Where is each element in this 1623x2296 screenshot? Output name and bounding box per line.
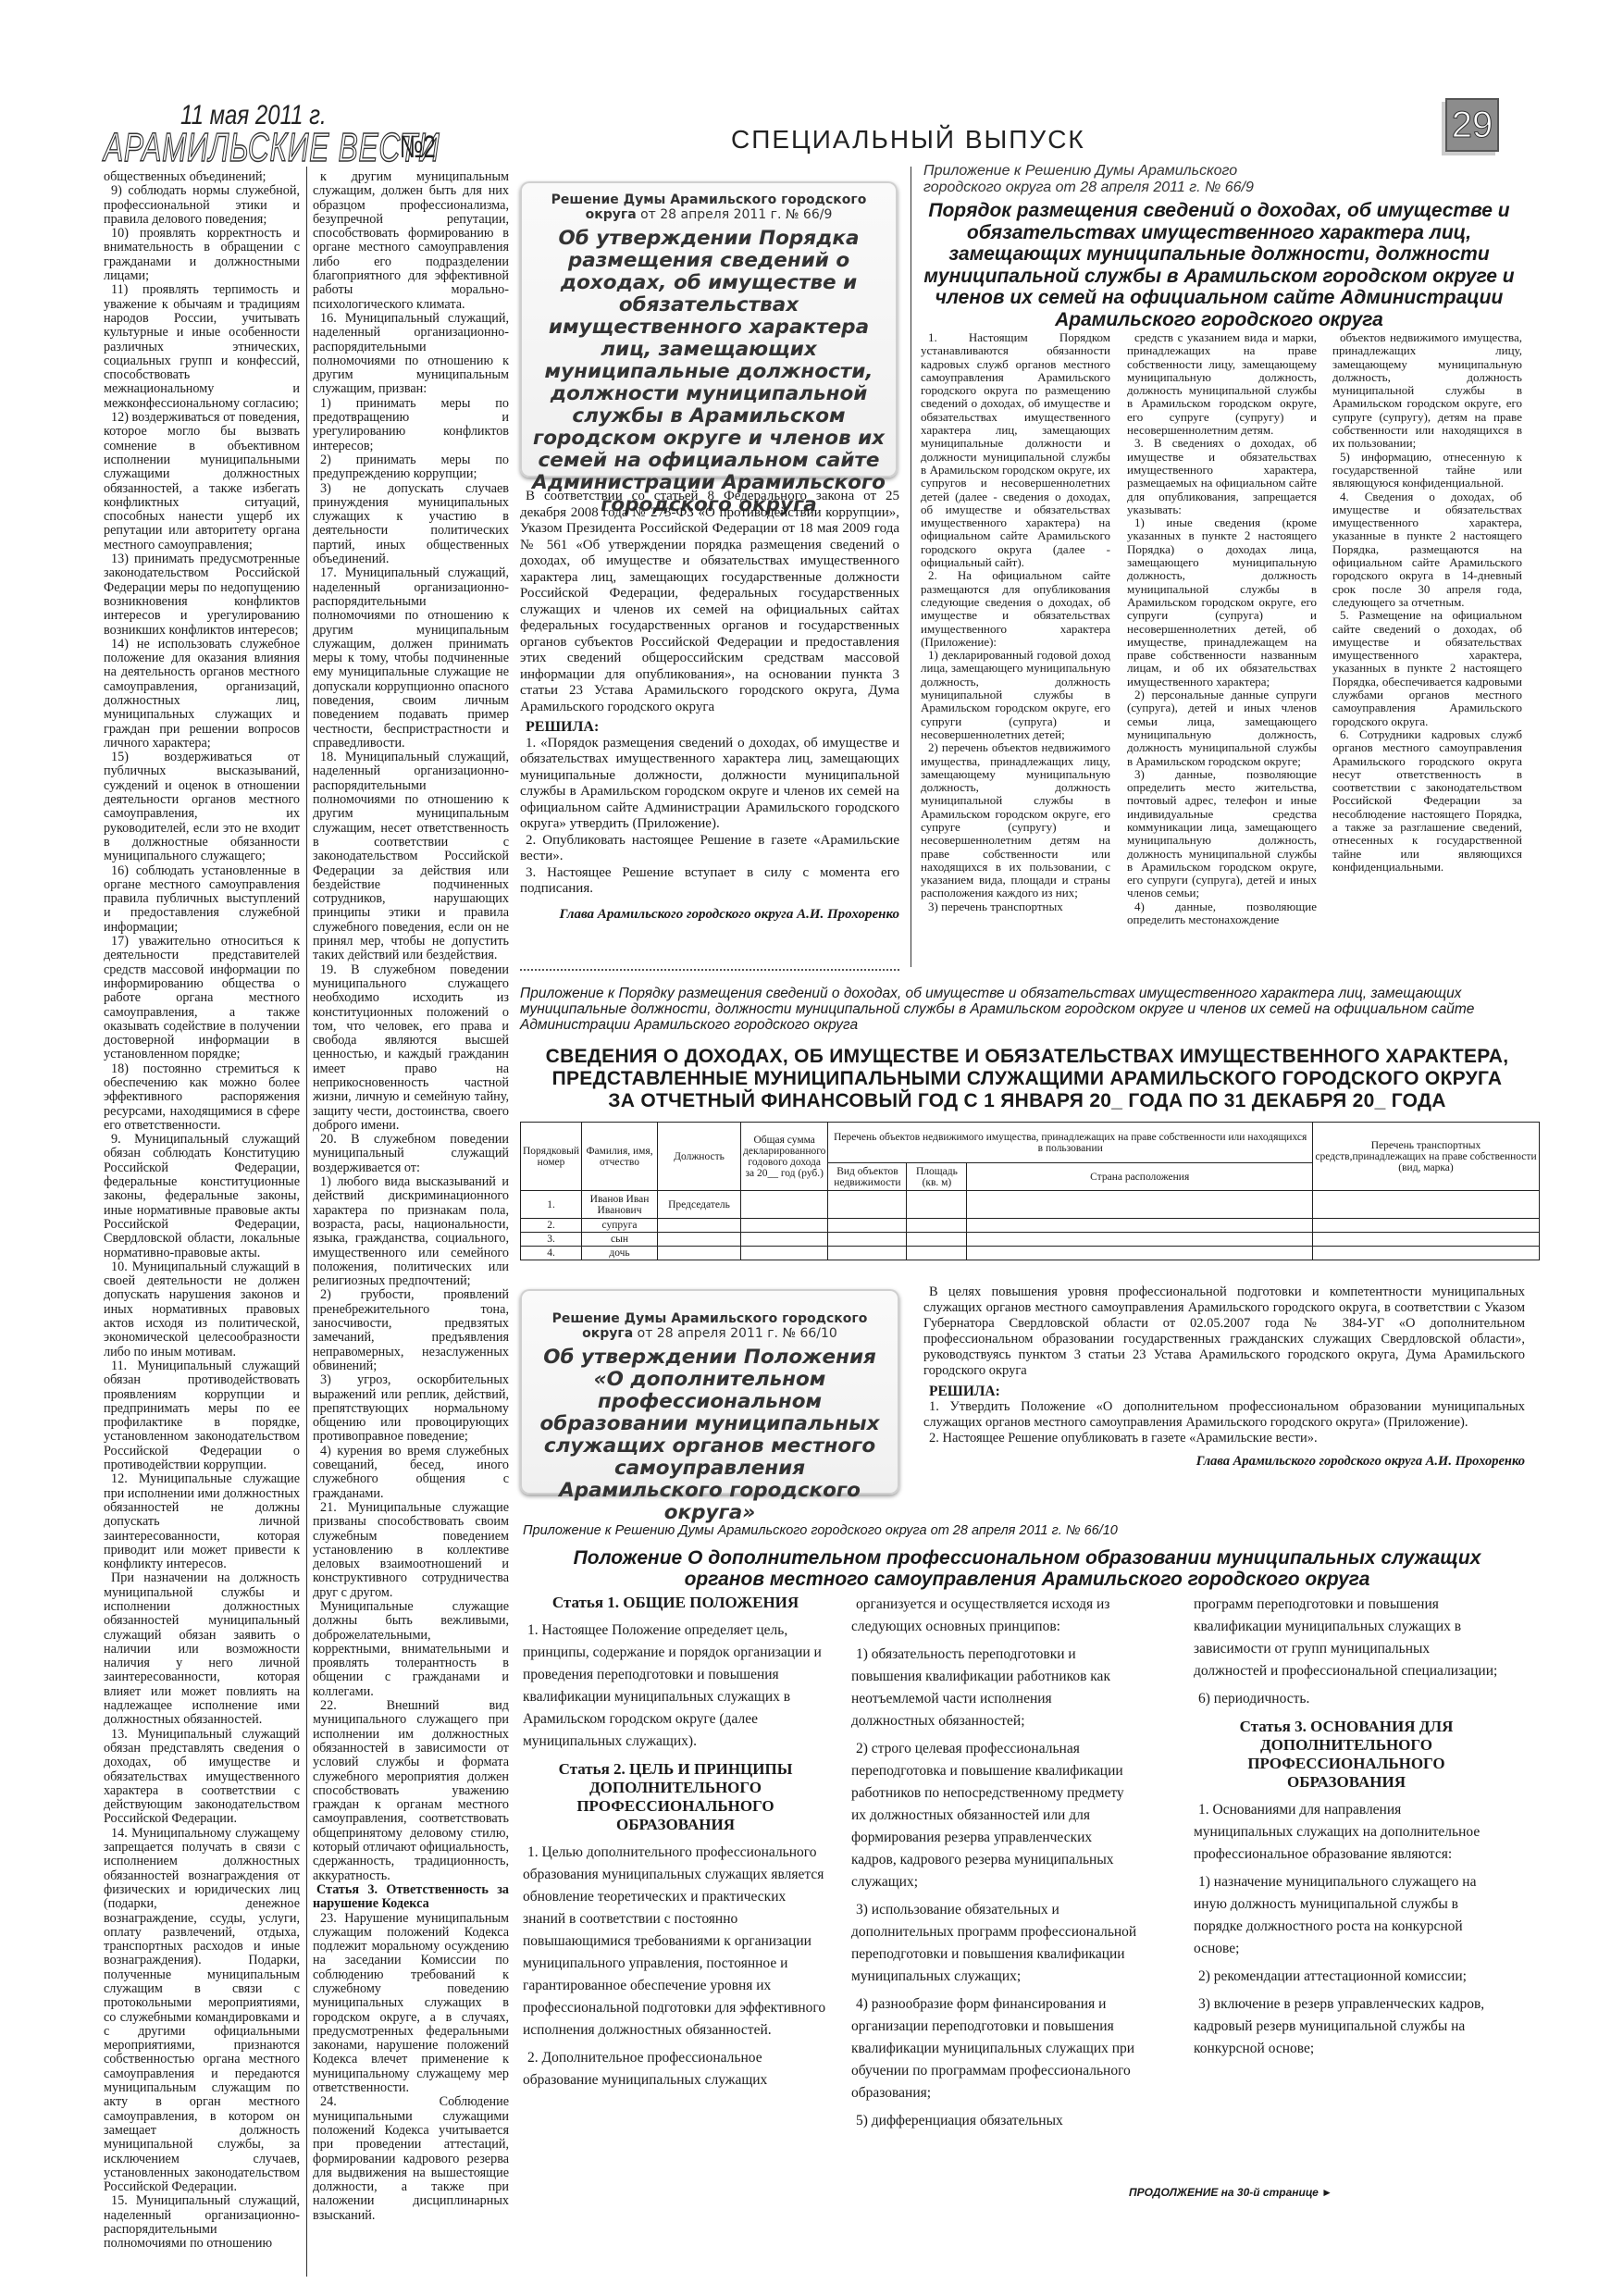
- paragraph: 2) принимать меры по предупреждению корр…: [313, 453, 509, 482]
- paragraph: 1) обязательность переподготовки и повыш…: [851, 1644, 1138, 1732]
- paragraph: 9. Муниципальный служащий обязан соблюда…: [104, 1133, 300, 1260]
- decision-item: 2. Опубликовать настоящее Решение в газе…: [520, 833, 899, 865]
- decision-title: Об утверждении Положения «О дополнительн…: [529, 1347, 890, 1524]
- order-column-2: средств с указанием вида и марки, принад…: [1127, 331, 1317, 926]
- resolved-label: РЕШИЛА:: [520, 719, 899, 736]
- paragraph: 24. Соблюдение муниципальными служащими …: [313, 2095, 509, 2223]
- continued-note: ПРОДОЛЖЕНИЕ на 30-й странице ►: [1129, 2186, 1332, 2199]
- paragraph: 4) курения во время служебных совещаний,…: [313, 1445, 509, 1501]
- article-paragraph: программ переподготовки и повышения квал…: [1194, 1594, 1499, 1682]
- paragraph: 9) соблюдать нормы служебной, профессион…: [104, 184, 300, 227]
- col-header-property: Перечень объектов недвижимого имущества,…: [828, 1123, 1313, 1163]
- col-header-name: Фамилия, имя, отчество: [582, 1123, 658, 1191]
- article-paragraph: 6) периодичность.: [1194, 1688, 1499, 1710]
- paragraph: 2) грубости, проявлений пренебрежительно…: [313, 1288, 509, 1373]
- decision-preamble: В соответствии со статьей 8 Федерального…: [520, 489, 899, 715]
- col-header-num: Порядковый номер: [521, 1123, 582, 1191]
- paragraph: 2) строго целевая профессиональная переп…: [851, 1738, 1138, 1893]
- paragraph: 2) перечень объектов недвижимого имущест…: [921, 741, 1110, 900]
- order-title: Порядок размещения сведений о доходах, о…: [916, 200, 1522, 330]
- paragraph: 3) использование обязательных и дополнит…: [851, 1899, 1138, 1988]
- paragraph: 5) информацию, отнесенную к государствен…: [1332, 451, 1522, 490]
- paragraph: 14. Муниципальному служащему запрещается…: [104, 1827, 300, 2195]
- paragraph: 3) угроз, оскорбительных выражений или р…: [313, 1373, 509, 1444]
- resolved-label: РЕШИЛА:: [923, 1384, 1525, 1399]
- paragraph: 5. Размещение на официальном сайте сведе…: [1332, 609, 1522, 728]
- paragraph: 3. В сведениях о доходах, об имуществе и…: [1127, 437, 1317, 516]
- section-separator: [520, 969, 899, 971]
- paragraph: 11. Муниципальный служащий обязан против…: [104, 1359, 300, 1472]
- paragraph: 4) разнообразие форм финансирования и ор…: [851, 1993, 1138, 2104]
- paragraph: 1) принимать меры по предотвращению и ур…: [313, 397, 509, 453]
- paragraph: 3) включение в резерв управленческих кад…: [1194, 1993, 1499, 2060]
- col-header-prop-country: Страна расположения: [967, 1163, 1313, 1191]
- cell-num: 3.: [521, 1233, 582, 1247]
- paragraph: 13. Муниципальный служащий обязан предст…: [104, 1728, 300, 1827]
- signature: Глава Арамильского городского округа А.И…: [520, 907, 899, 924]
- paragraph: организуется и осуществляется исходя из …: [851, 1594, 1138, 1638]
- cell-name: дочь: [582, 1247, 658, 1260]
- column-divider: [306, 167, 307, 2277]
- paragraph: к другим муниципальным служащим, должен …: [313, 170, 509, 312]
- decision-66-9-header-box: Решение Думы Арамильского городского окр…: [520, 181, 898, 478]
- paragraph: 2) персональные данные супруги (супруга)…: [1127, 689, 1317, 768]
- table-row: 3.сын: [521, 1233, 1540, 1247]
- cell-num: 4.: [521, 1247, 582, 1260]
- paragraph: 13) принимать предусмотренные законодате…: [104, 552, 300, 638]
- article-paragraph: 2. Дополнительное профессиональное образ…: [523, 2047, 828, 2091]
- order-column-1: 1. Настоящим Порядком устанавливаются об…: [921, 331, 1110, 913]
- paragraph: 10) проявлять корректность и внимательно…: [104, 227, 300, 283]
- decision-66-10-body: В целях повышения уровня профессионально…: [923, 1285, 1525, 1470]
- cell-name: Иванов Иван Иванович: [582, 1191, 658, 1219]
- paragraph: 2. На официальном сайте размещаются для …: [921, 569, 1110, 649]
- decision-item: 1. «Порядок размещения сведений о дохода…: [520, 736, 899, 833]
- paragraph: 18) постоянно стремиться к обеспечению к…: [104, 1062, 300, 1133]
- section-title: СПЕЦИАЛЬНЫЙ ВЫПУСК: [731, 125, 1085, 155]
- paragraph: 11) проявлять терпимость и уважение к об…: [104, 283, 300, 411]
- decision-66-10-header-box: Решение Думы Арамильского городского окр…: [520, 1289, 899, 1495]
- paragraph: 16. Муниципальный служащий, наделенный о…: [313, 312, 509, 397]
- col-header-prop-area: Площадь (кв. м): [907, 1163, 967, 1191]
- paragraph: 15. Муниципальный служащий, наделенный о…: [104, 2194, 300, 2251]
- paragraph: 1. Настоящим Порядком устанавливаются об…: [921, 331, 1110, 569]
- col-header-income: Общая сумма декларированного годового до…: [741, 1123, 828, 1191]
- table-row: 1. Иванов Иван Иванович Председатель: [521, 1191, 1540, 1219]
- declaration-table-wrap: Порядковый номер Фамилия, имя, отчество …: [520, 1122, 1540, 1260]
- decision-date: от 28 апреля 2011 г. № 66/9: [637, 207, 833, 222]
- paragraph: 4) данные, позволяющие определить местон…: [1127, 900, 1317, 927]
- article3-heading: Статья 3. ОСНОВАНИЯ ДЛЯ ДОПОЛНИТЕЛЬНОГО …: [1194, 1718, 1499, 1792]
- paragraph: 3) данные, позволяющие определить место …: [1127, 768, 1317, 900]
- cell-num: 2.: [521, 1219, 582, 1233]
- paragraph: 21. Муниципальные служащие призваны спос…: [313, 1501, 509, 1600]
- paragraph: 17. Муниципальный служащий, наделенный о…: [313, 566, 509, 751]
- table-row: 4.дочь: [521, 1247, 1540, 1260]
- paragraph: 12. Муниципальные служащие при исполнени…: [104, 1472, 300, 1571]
- paragraph: 3) не допускать случаев принуждения муни…: [313, 482, 509, 567]
- paragraph: 17) уважительно относиться к деятельност…: [104, 935, 300, 1062]
- paragraph: 16) соблюдать установленные в органе мес…: [104, 864, 300, 935]
- order-column-3: объектов недвижимого имущества, принадле…: [1332, 331, 1522, 874]
- paragraph: общественных объединений;: [104, 170, 300, 184]
- decision-item: 3. Настоящее Решение вступает в силу с м…: [520, 865, 899, 898]
- paragraph: 1) декларированный годовой доход лица, з…: [921, 649, 1110, 741]
- paragraph: 10. Муниципальный служащий в своей деяте…: [104, 1260, 300, 1359]
- cell-position: Председатель: [658, 1191, 741, 1219]
- declaration-appendix-note: Приложение к Порядку размещения сведений…: [520, 986, 1529, 1033]
- col-header-prop-type: Вид объектов недвижимости: [828, 1163, 907, 1191]
- paragraph: 1) назначение муниципального служащего н…: [1194, 1871, 1499, 1960]
- article1-heading: Статья 1. ОБЩИЕ ПОЛОЖЕНИЯ: [523, 1594, 828, 1612]
- paragraph: объектов недвижимого имущества, принадле…: [1332, 331, 1522, 451]
- decision-66-9-body: В соответствии со статьей 8 Федерального…: [520, 489, 899, 923]
- paragraph: 18. Муниципальный служащий, наделенный о…: [313, 751, 509, 962]
- order-divider: [911, 167, 911, 967]
- col-header-position: Должность: [658, 1123, 741, 1191]
- paragraph: 1) иные сведения (кроме указанных в пунк…: [1127, 516, 1317, 689]
- decision-date: от 28 апреля 2011 г. № 66/10: [633, 1326, 837, 1341]
- left-column-2: к другим муниципальным служащим, должен …: [313, 170, 509, 2280]
- paragraph: 23. Нарушение муниципальным служащим пол…: [313, 1912, 509, 2096]
- paragraph: Муниципальные служащие должны быть вежли…: [313, 1600, 509, 1699]
- regulation-title: Положение О дополнительном профессиональ…: [555, 1547, 1499, 1590]
- paragraph: средств с указанием вида и марки, принад…: [1127, 331, 1317, 437]
- paragraph: 15) воздерживаться от публичных высказыв…: [104, 751, 300, 863]
- cell-num: 1.: [521, 1191, 582, 1219]
- paragraph: 19. В служебном поведении муниципального…: [313, 963, 509, 1134]
- page-number-badge: 29: [1445, 98, 1499, 152]
- article-paragraph: 1. Настоящее Положение определяет цель, …: [523, 1620, 828, 1753]
- paragraph: 1) любого вида высказываний и действий д…: [313, 1175, 509, 1288]
- paragraph: 4. Сведения о доходах, об имуществе и об…: [1332, 490, 1522, 610]
- paragraph: При назначении на должность муниципально…: [104, 1571, 300, 1727]
- regulation-column-3: программ переподготовки и повышения квал…: [1194, 1594, 1499, 2066]
- col-header-vehicles: Перечень транспортных средств,принадлежа…: [1313, 1123, 1540, 1191]
- paragraph: 14) не использовать служебное положение …: [104, 638, 300, 751]
- decision-title: Об утверждении Порядка размещения сведен…: [529, 228, 888, 516]
- cell-name: сын: [582, 1233, 658, 1247]
- paragraph: 3) перечень транспортных: [921, 900, 1110, 913]
- paragraph: 20. В служебном поведении муниципальный …: [313, 1133, 509, 1175]
- decision-item: 2. Настоящее Решение опубликовать в газе…: [923, 1431, 1525, 1446]
- paragraph: 12) воздерживаться от поведения, которое…: [104, 411, 300, 552]
- signature: Глава Арамильского городского округа А.И…: [923, 1454, 1525, 1470]
- issue-number: №2: [400, 130, 436, 166]
- regulation-column-2: организуется и осуществляется исходя из …: [851, 1594, 1138, 2138]
- declaration-table: Порядковый номер Фамилия, имя, отчество …: [520, 1122, 1540, 1260]
- regulation-appendix-note: Приложение к Решению Думы Арамильского г…: [523, 1523, 1522, 1538]
- article3-heading: Статья 3. Ответственность за нарушение К…: [313, 1883, 509, 1912]
- declaration-title: СВЕДЕНИЯ О ДОХОДАХ, ОБ ИМУЩЕСТВЕ И ОБЯЗА…: [537, 1046, 1518, 1112]
- cell-name: супруга: [582, 1219, 658, 1233]
- decision-preamble: В целях повышения уровня профессионально…: [923, 1285, 1525, 1379]
- regulation-column-1: Статья 1. ОБЩИЕ ПОЛОЖЕНИЯ 1. Настоящее П…: [523, 1594, 828, 2097]
- left-column-1: общественных объединений;9) соблюдать но…: [104, 170, 300, 2280]
- newspaper-title: АРАМИЛЬСКИЕ ВЕСТИ: [104, 125, 440, 171]
- order-appendix-note: Приложение к Решению Думы Арамильского г…: [923, 163, 1312, 196]
- paragraph: 1. Основаниями для направления муниципал…: [1194, 1799, 1499, 1866]
- decision-item: 1. Утвердить Положение «О дополнительном…: [923, 1399, 1525, 1431]
- paragraph: 2) рекомендации аттестационной комиссии;: [1194, 1966, 1499, 1988]
- paragraph: 6. Сотрудники кадровых служб органов мес…: [1332, 728, 1522, 874]
- paragraph: 22. Внешний вид муниципального служащего…: [313, 1699, 509, 1883]
- paragraph: 5) дифференциация обязательных: [851, 2110, 1138, 2132]
- table-row: 2.супруга: [521, 1219, 1540, 1233]
- article-paragraph: 1. Целью дополнительного профессионально…: [523, 1842, 828, 2042]
- article2-heading: Статья 2. ЦЕЛЬ И ПРИНЦИПЫ ДОПОЛНИТЕЛЬНОГ…: [523, 1760, 828, 1834]
